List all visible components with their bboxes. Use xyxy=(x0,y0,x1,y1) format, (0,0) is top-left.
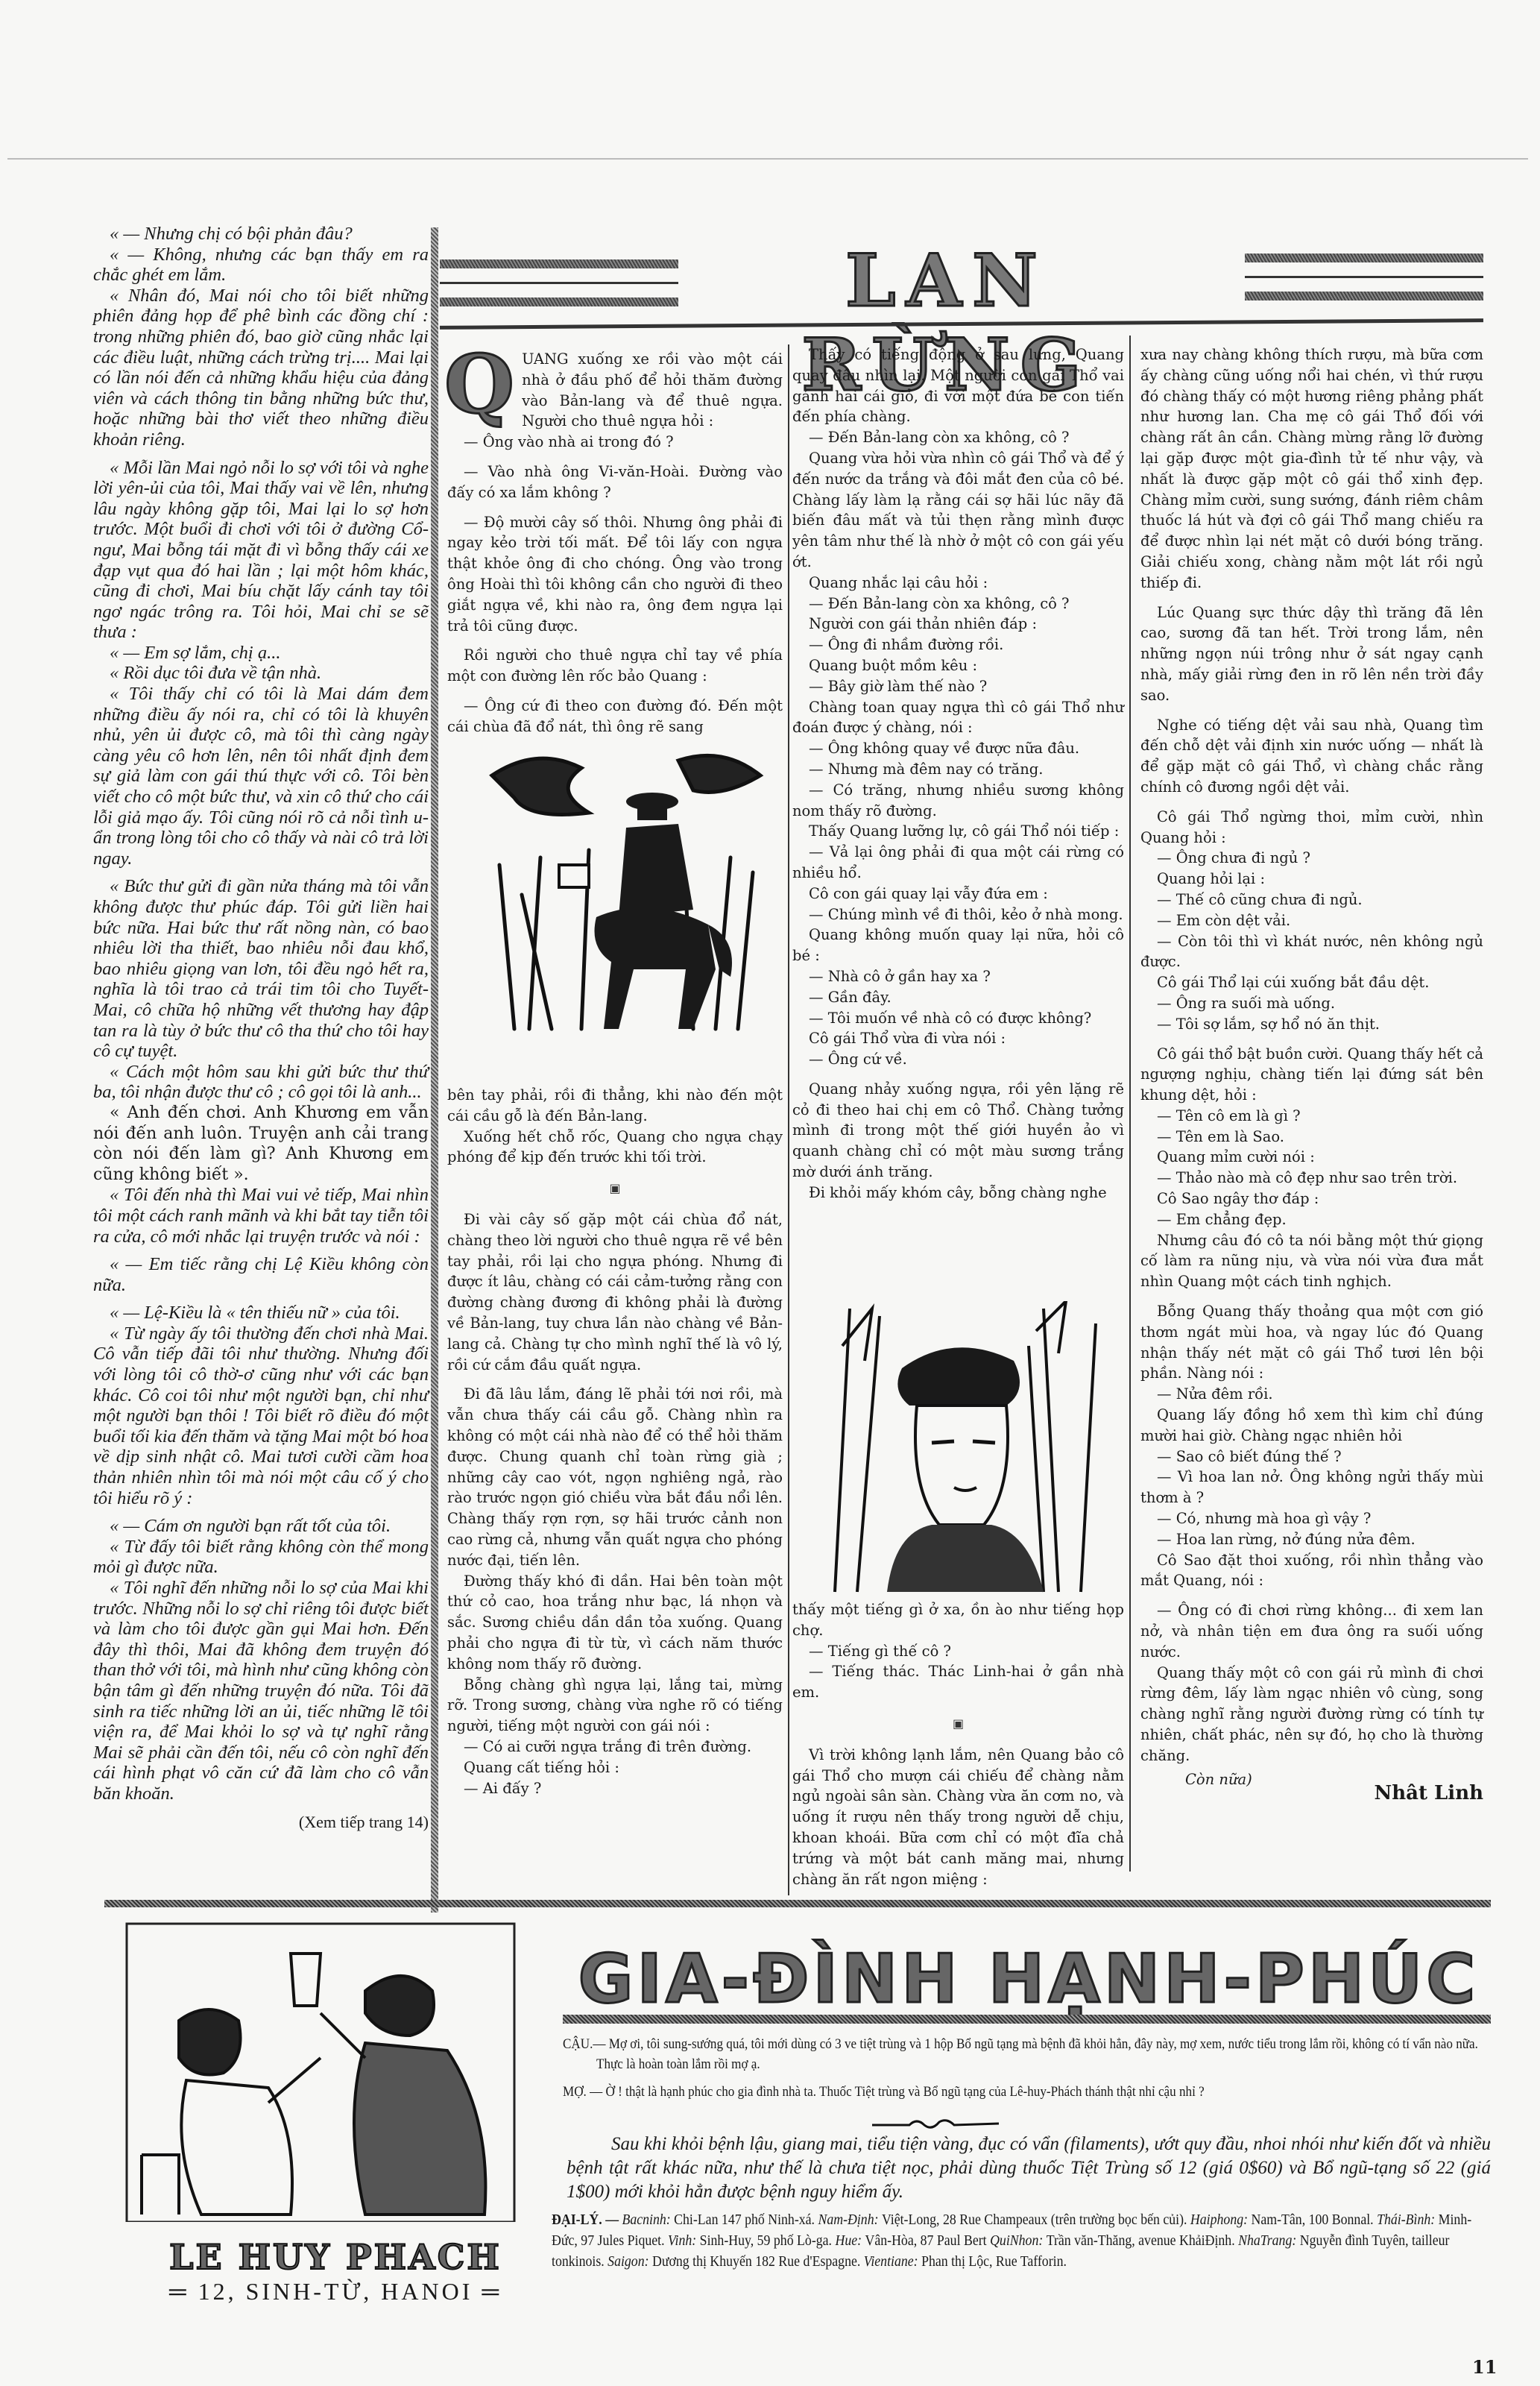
paragraph: — Hoa lan rừng, nở đúng nửa đêm. xyxy=(1140,1529,1483,1550)
paragraph: — Ông không quay về được nữa đâu. xyxy=(792,738,1124,759)
paragraph: « Tôi nghĩ đến những nỗi lo sợ của Mai k… xyxy=(93,1578,429,1804)
illustration-tho-girl xyxy=(820,1301,1103,1596)
agent-city: Nam-Định: xyxy=(818,2212,882,2228)
agent-city: Bacninh: xyxy=(622,2212,674,2228)
agent-detail: Vân-Hòa, 87 Paul Bert xyxy=(865,2232,990,2249)
paragraph: — Tên em là Sao. xyxy=(1140,1127,1483,1148)
paragraph: — Nửa đêm rồi. xyxy=(1140,1384,1483,1405)
agent-detail: Nam-Tân, 100 Bonnal. xyxy=(1252,2212,1378,2228)
speaker: CẬU.— xyxy=(563,2036,609,2052)
agent-city: Vinh: xyxy=(668,2232,700,2249)
left-column-continued-story: « — Nhưng chị có bội phản đâu?« — Không,… xyxy=(93,224,429,1832)
paragraph: « Từ ngày ấy tôi thường đến chơi nhà Mai… xyxy=(93,1323,429,1508)
paragraph: Quang nhảy xuống ngựa, rồi yên lặng rẽ c… xyxy=(792,1079,1124,1183)
paragraph: — Ông vào nhà ai trong đó ? xyxy=(447,432,783,453)
paragraph: Nghe có tiếng dệt vải sau nhà, Quang tìm… xyxy=(1140,715,1483,798)
paragraph: — Tiếng thác. Thác Linh-hai ở gần nhà em… xyxy=(792,1661,1124,1703)
dialogue-text: Mợ ơi, tôi sung-sướng quá, tôi mới dùng … xyxy=(596,2036,1478,2072)
hatched-column-divider xyxy=(431,227,438,1913)
paragraph: — Tôi sợ lắm, sợ hổ nó ăn thịt. xyxy=(1140,1014,1483,1035)
brand-name: LE HUY PHACH xyxy=(142,2237,529,2277)
agent-city: Haiphong: xyxy=(1190,2212,1252,2228)
couple-drinking-icon xyxy=(97,1909,544,2222)
section-ornament: ▣ xyxy=(447,1178,783,1199)
paragraph: — Thảo nào mà cô đẹp như sao trên trời. xyxy=(1140,1168,1483,1189)
paragraph: Người con gái thản nhiên đáp : xyxy=(792,614,1124,635)
paragraph: QUANG xuống xe rồi vào một cái nhà ở đầu… xyxy=(447,349,783,432)
banner-bars-left xyxy=(440,259,678,327)
top-scan-line xyxy=(7,158,1528,160)
ad-illustration-couple xyxy=(97,1909,544,2222)
paragraph: Quang cất tiếng hỏi : xyxy=(447,1757,783,1778)
story-column-2-top: QUANG xuống xe rồi vào một cái nhà ở đầu… xyxy=(447,349,783,796)
dialogue-text: Ờ ! thật là hạnh phúc cho gia đình nhà t… xyxy=(605,2084,1204,2100)
paragraph: — Có ai cưỡi ngựa trắng đi trên đường. xyxy=(447,1737,783,1757)
paragraph: — Vì hoa lan nở. Ông không ngửi thấy mùi… xyxy=(1140,1467,1483,1508)
paragraph: Quang vừa hỏi vừa nhìn cô gái Thổ và để … xyxy=(792,448,1124,573)
paragraph: Bỗng Quang thấy thoảng qua một cơn gió t… xyxy=(1140,1301,1483,1384)
paragraph: « Anh đến chơi. Anh Khương em vẫn nói đế… xyxy=(93,1103,429,1185)
agent-detail: Chi-Lan 147 phố Ninh-xá. xyxy=(674,2212,818,2228)
paragraph: Lúc Quang sực thức dậy thì trăng đã lên … xyxy=(1140,602,1483,706)
paragraph: Quang buột mồm kêu : xyxy=(792,655,1124,676)
drop-cap: Q xyxy=(444,352,514,418)
agent-detail: Sinh-Huy, 59 phố Lò-ga. xyxy=(700,2232,836,2249)
paragraph: — Nhưng mà đêm nay có trăng. xyxy=(792,759,1124,780)
agent-city: NhaTrang: xyxy=(1238,2232,1300,2249)
ornamental-swash-icon xyxy=(872,2116,999,2131)
paragraph: thấy một tiếng gì ở xa, ồn ào như tiếng … xyxy=(792,1599,1124,1641)
agent-detail: Việt-Long, 28 Rue Champeaux (trên trường… xyxy=(882,2212,1190,2228)
paragraph: Quang không muốn quay lại nữa, hỏi cô bé… xyxy=(792,925,1124,966)
column-divider-3-4 xyxy=(1129,336,1131,1872)
paragraph: « Bức thư gửi đi gần nửa tháng mà tôi vẫ… xyxy=(93,876,429,1061)
paragraph: « — Em tiếc rằng chị Lệ Kiều không còn n… xyxy=(93,1254,429,1295)
paragraph: Cô gái Thổ vừa đi vừa nói : xyxy=(792,1028,1124,1049)
paragraph: — Gần đây. xyxy=(792,987,1124,1008)
paragraph: Cô gái thổ bật buồn cười. Quang thấy hết… xyxy=(1140,1044,1483,1106)
paragraph: Đi vài cây số gặp một cái chùa đổ nát, c… xyxy=(447,1209,783,1375)
paragraph: — Chúng mình về đi thôi, kẻo ở nhà mong. xyxy=(792,904,1124,925)
paragraph: « Rồi dục tôi đưa về tận nhà. xyxy=(93,663,429,684)
illustration-horseman xyxy=(470,746,768,1036)
paragraph: Thấy có tiếng động ở sau lưng, Quang qua… xyxy=(792,344,1124,427)
paragraph: — Còn tôi thì vì khát nước, nên không ng… xyxy=(1140,931,1483,973)
paragraph: — Em còn dệt vải. xyxy=(1140,910,1483,931)
agent-city: Vientiane: xyxy=(864,2253,921,2270)
speaker: MỢ. — xyxy=(563,2084,605,2100)
paragraph: « — Lệ-Kiều là « tên thiếu nữ » của tôi. xyxy=(93,1303,429,1323)
paragraph: — Có trăng, nhưng nhiều sương không nom … xyxy=(792,780,1124,822)
page-number: 11 xyxy=(1472,2356,1497,2378)
agent-detail: Dương thị Khuyến 182 Rue d'Espagne. xyxy=(652,2253,864,2270)
ad-dialogue: CẬU.— Mợ ơi, tôi sung-sướng quá, tôi mới… xyxy=(563,2034,1489,2109)
paragraph: — Ông cứ đi theo con đường đó. Đến một c… xyxy=(447,696,783,737)
paragraph: — Tiếng gì thế cô ? xyxy=(792,1641,1124,1662)
story-column-3-bottom: thấy một tiếng gì ở xa, ồn ào như tiếng … xyxy=(792,1599,1124,1889)
ad-body-text: Sau khi khỏi bệnh lậu, giang mai, tiểu t… xyxy=(567,2132,1491,2204)
paragraph: — Ai đấy ? xyxy=(447,1778,783,1799)
agent-city: Saigon: xyxy=(608,2253,652,2270)
paragraph: — Bây giờ làm thế nào ? xyxy=(792,676,1124,697)
paragraph: — Vả lại ông phải đi qua một cái rừng có… xyxy=(792,842,1124,884)
paragraph: « — Cám ơn người bạn rất tốt của tôi. xyxy=(93,1516,429,1537)
paragraph: Rồi người cho thuê ngựa chỉ tay về phía … xyxy=(447,645,783,687)
paragraph: Đi khỏi mấy khóm cây, bỗng chàng nghe xyxy=(792,1183,1124,1203)
ad-headline: GIA-ĐÌNH HẠNH-PHÚC xyxy=(567,1940,1491,2018)
story-column-2-bottom: bên tay phải, rồi đi thẳng, khi nào đến … xyxy=(447,1085,783,1798)
paragraph: Xuống hết chỗ rốc, Quang cho ngựa chạy p… xyxy=(447,1127,783,1168)
paragraph: — Đến Bản-lang còn xa không, cô ? xyxy=(792,427,1124,448)
ad-agents-list: ĐẠI-LÝ. — Bacninh: Chi-Lan 147 phố Ninh-… xyxy=(552,2209,1480,2272)
column-divider-2-3 xyxy=(788,344,789,1895)
paragraph: — Ông có đi chơi rừng không... đi xem la… xyxy=(1140,1600,1483,1662)
paragraph: — Vào nhà ông Vi-văn-Hoài. Đường vào đấy… xyxy=(447,462,783,503)
paragraph: « — Nhưng chị có bội phản đâu? xyxy=(93,224,429,245)
paragraph: — Nhà cô ở gần hay xa ? xyxy=(792,966,1124,987)
paragraph: Cô gái Thổ lại cúi xuống bắt đầu dệt. xyxy=(1140,972,1483,993)
agent-city: Thái-Bình: xyxy=(1377,2212,1439,2228)
agent-city: Hue: xyxy=(835,2232,865,2249)
paragraph: « Tôi đến nhà thì Mai vui vẻ tiếp, Mai n… xyxy=(93,1185,429,1247)
ad-headline-rule xyxy=(563,2015,1491,2024)
paragraph: Quang lấy đồng hồ xem thì kim chỉ đúng m… xyxy=(1140,1405,1483,1447)
brand-address-text: 12, SINH-TỪ, HANOI xyxy=(198,2278,473,2305)
banner-bars-right xyxy=(1245,254,1483,321)
paragraph: « — Không, nhưng các bạn thấy em ra chắc… xyxy=(93,245,429,286)
paragraph: Quang mỉm cười nói : xyxy=(1140,1147,1483,1168)
paragraph: Nhưng câu đó cô ta nói bằng một thứ giọn… xyxy=(1140,1230,1483,1292)
ad-dialogue-line: CẬU.— Mợ ơi, tôi sung-sướng quá, tôi mới… xyxy=(563,2034,1489,2074)
agent-detail: Phan thị Lộc, Rue Tafforin. xyxy=(921,2253,1067,2270)
paragraph: Đi đã lâu lắm, đáng lẽ phải tới nơi rồi,… xyxy=(447,1384,783,1570)
paragraph: — Tên cô em là gì ? xyxy=(1140,1106,1483,1127)
paragraph: Cô Sao đặt thoi xuống, rồi nhìn thẳng và… xyxy=(1140,1550,1483,1592)
paragraph: xưa nay chàng không thích rượu, mà bữa c… xyxy=(1140,344,1483,594)
paragraph: bên tay phải, rồi đi thẳng, khi nào đến … xyxy=(447,1085,783,1127)
paragraph: Quang thấy một cô con gái rủ mình đi chơ… xyxy=(1140,1663,1483,1766)
paragraph: — Đến Bản-lang còn xa không, cô ? xyxy=(792,594,1124,614)
brand-address: ═ 12, SINH-TỪ, HANOI ═ xyxy=(142,2278,529,2305)
paragraph: « Mỗi lần Mai ngỏ nỗi lo sợ với tôi và n… xyxy=(93,458,429,643)
continued-on-page: (Xem tiếp trang 14) xyxy=(93,1812,429,1833)
paragraph: — Thế cô cũng chưa đi ngủ. xyxy=(1140,890,1483,910)
agent-city: QuiNhon: xyxy=(990,2232,1047,2249)
paragraph: « Nhân đó, Mai nói cho tôi biết những ph… xyxy=(93,286,429,450)
paragraph: « Tôi thấy chỉ có tôi là Mai dám đem nhữ… xyxy=(93,684,429,869)
paragraph: Cô gái Thổ ngừng thoi, mỉm cười, nhìn Qu… xyxy=(1140,807,1483,849)
paragraph: Quang hỏi lại : xyxy=(1140,869,1483,890)
story-title-banner: LAN RỪNG xyxy=(440,239,1483,328)
paragraph: — Sao cô biết đúng thế ? xyxy=(1140,1447,1483,1467)
horseman-in-grass-icon xyxy=(470,746,768,1036)
paragraph: Quang nhắc lại câu hỏi : xyxy=(792,573,1124,594)
paragraph: — Ông cứ về. xyxy=(792,1049,1124,1070)
paragraph: Bỗng chàng ghì ngựa lại, lắng tai, mừng … xyxy=(447,1675,783,1737)
paragraph: — Em chẳng đẹp. xyxy=(1140,1209,1483,1230)
paragraph: — Tôi muốn về nhà cô có được không? xyxy=(792,1008,1124,1029)
paragraph: « Cách một hôm sau khi gửi bức thư thứ b… xyxy=(93,1062,429,1103)
story-column-3-top: Thấy có tiếng động ở sau lưng, Quang qua… xyxy=(792,344,1124,1203)
paragraph: « Từ đấy tôi biết rằng không còn thể mon… xyxy=(93,1537,429,1578)
paragraph: — Có, nhưng mà hoa gì vậy ? xyxy=(1140,1508,1483,1529)
paragraph: Thấy Quang lưỡng lự, cô gái Thổ nói tiếp… xyxy=(792,821,1124,842)
girl-in-reeds-icon xyxy=(820,1301,1103,1596)
paragraph: Vì trời không lạnh lắm, nên Quang bảo cô… xyxy=(792,1745,1124,1890)
paragraph: Chàng toan quay ngựa thì cô gái Thổ như … xyxy=(792,697,1124,739)
paragraph: Cô Sao ngây thơ đáp : xyxy=(1140,1189,1483,1209)
ad-dialogue-line: MỢ. — Ờ ! thật là hạnh phúc cho gia đình… xyxy=(563,2082,1489,2102)
paragraph: Đường thấy khó đi dần. Hai bên toàn một … xyxy=(447,1571,783,1675)
ad-top-hatched-rule xyxy=(104,1900,1491,1907)
paragraph: — Ông đi nhầm đường rồi. xyxy=(792,635,1124,655)
paragraph: — Ông chưa đi ngủ ? xyxy=(1140,848,1483,869)
agents-label: ĐẠI-LÝ. — xyxy=(552,2212,622,2228)
agent-detail: Trần văn-Thăng, avenue KhảiĐịnh. xyxy=(1047,2232,1238,2249)
section-ornament: ▣ xyxy=(792,1713,1124,1734)
paragraph: — Ông ra suối mà uống. xyxy=(1140,993,1483,1014)
paragraph: « — Em sợ lắm, chị ạ... xyxy=(93,643,429,664)
paragraph: — Độ mười cây số thôi. Nhưng ông phải đi… xyxy=(447,512,783,637)
newspaper-page: « — Nhưng chị có bội phản đâu?« — Không,… xyxy=(0,0,1540,2386)
story-column-4: xưa nay chàng không thích rượu, mà bữa c… xyxy=(1140,344,1483,1804)
paragraph: Cô con gái quay lại vẫy đứa em : xyxy=(792,884,1124,904)
